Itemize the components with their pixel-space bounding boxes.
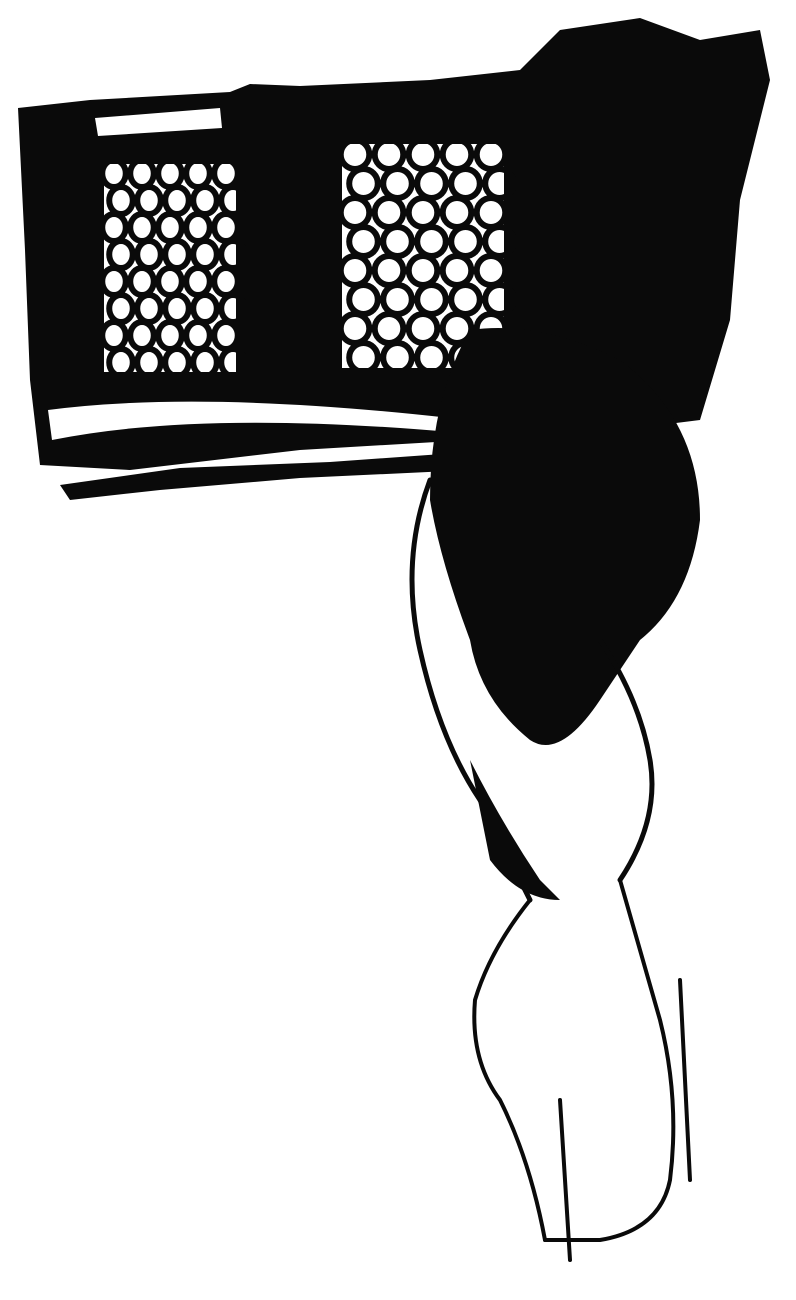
illustration-canvas — [0, 0, 796, 1300]
lattice-left — [100, 160, 245, 376]
ink-illustration — [0, 0, 796, 1300]
